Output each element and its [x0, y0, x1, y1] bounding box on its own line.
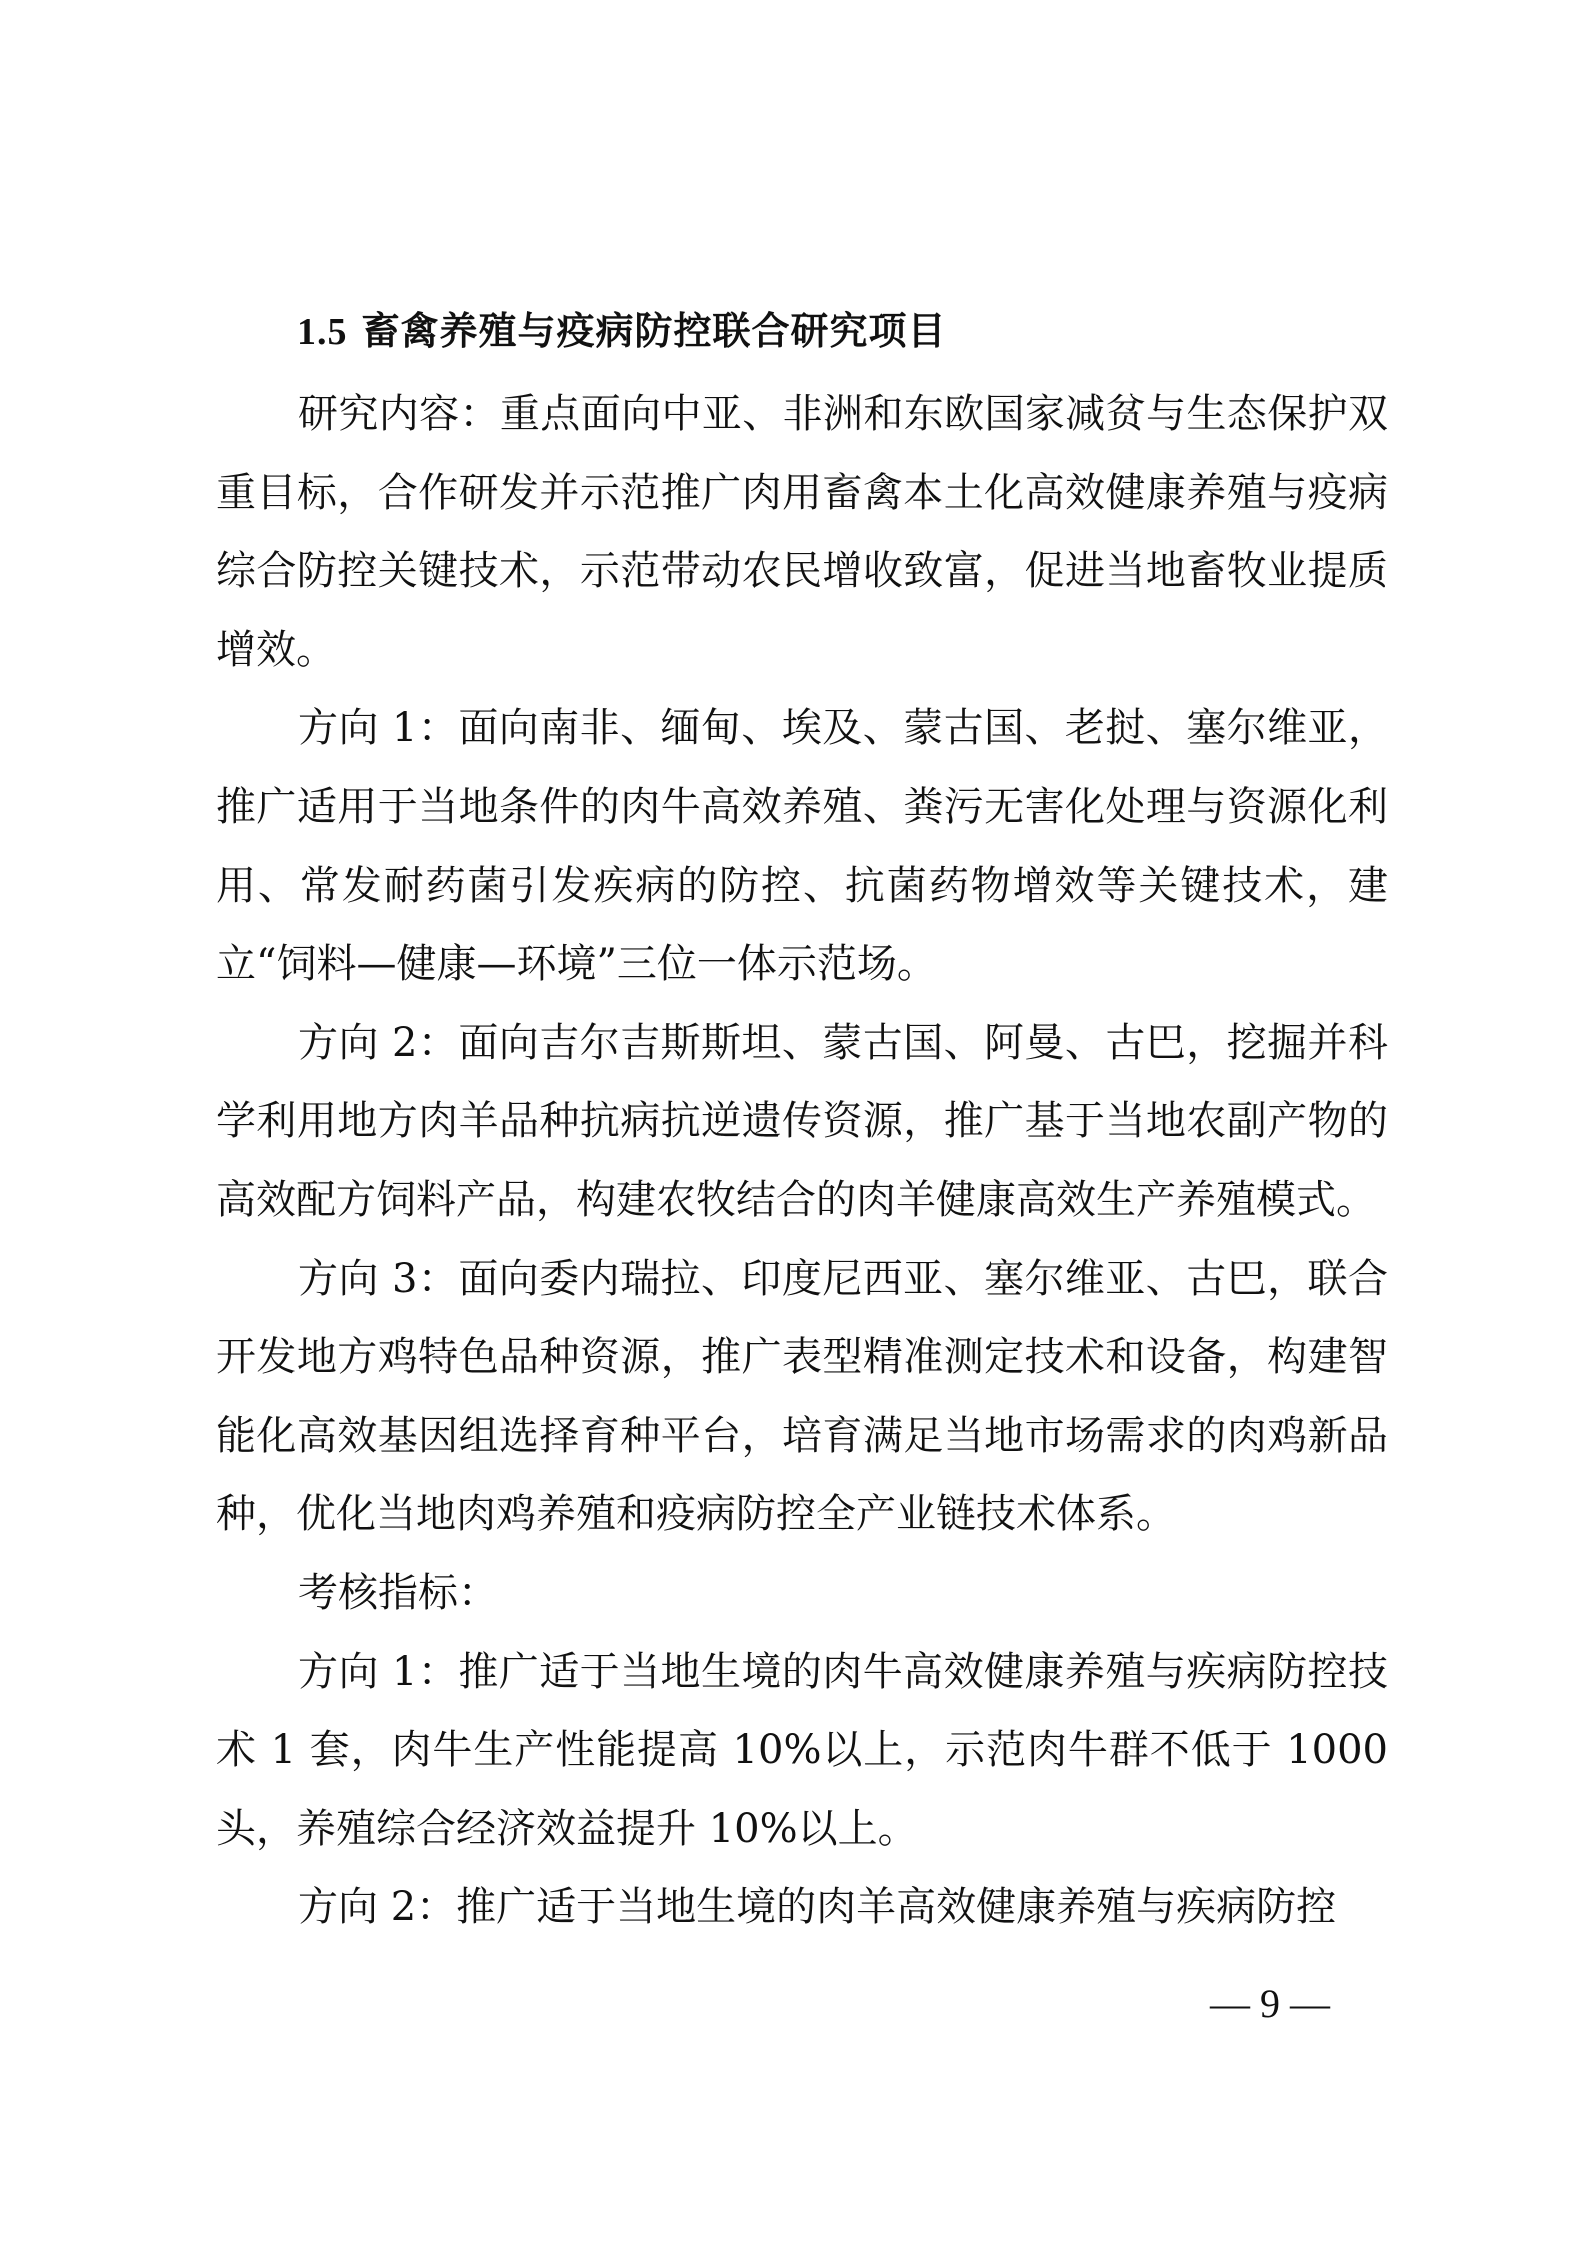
- paragraph-research-content: 研究内容：重点面向中亚、非洲和东欧国家减贫与生态保护双重目标，合作研发并示范推广…: [216, 375, 1388, 689]
- paragraph-direction-2: 方向 2：面向吉尔吉斯斯坦、蒙古国、阿曼、古巴，挖掘并科学利用地方肉羊品种抗病抗…: [216, 1004, 1388, 1240]
- paragraph-direction-3: 方向 3：面向委内瑞拉、印度尼西亚、塞尔维亚、古巴，联合开发地方鸡特色品种资源，…: [216, 1240, 1388, 1554]
- body-text: 研究内容：重点面向中亚、非洲和东欧国家减贫与生态保护双重目标，合作研发并示范推广…: [216, 375, 1388, 1947]
- section-title: 畜禽养殖与疫病防控联合研究项目: [362, 309, 947, 353]
- page-number: — 9 —: [1210, 1980, 1330, 2027]
- paragraph-assessment-direction-2: 方向 2：推广适于当地生境的肉羊高效健康养殖与疾病防控: [216, 1868, 1388, 1947]
- section-number: 1.5: [297, 311, 348, 353]
- document-page: 1.5畜禽养殖与疫病防控联合研究项目 研究内容：重点面向中亚、非洲和东欧国家减贫…: [0, 0, 1587, 2245]
- paragraph-assessment-heading: 考核指标：: [216, 1554, 1388, 1633]
- section-heading: 1.5畜禽养殖与疫病防控联合研究项目: [297, 300, 947, 355]
- paragraph-assessment-direction-1: 方向 1：推广适于当地生境的肉牛高效健康养殖与疾病防控技术 1 套，肉牛生产性能…: [216, 1633, 1388, 1869]
- paragraph-direction-1: 方向 1：面向南非、缅甸、埃及、蒙古国、老挝、塞尔维亚，推广适用于当地条件的肉牛…: [216, 689, 1388, 1003]
